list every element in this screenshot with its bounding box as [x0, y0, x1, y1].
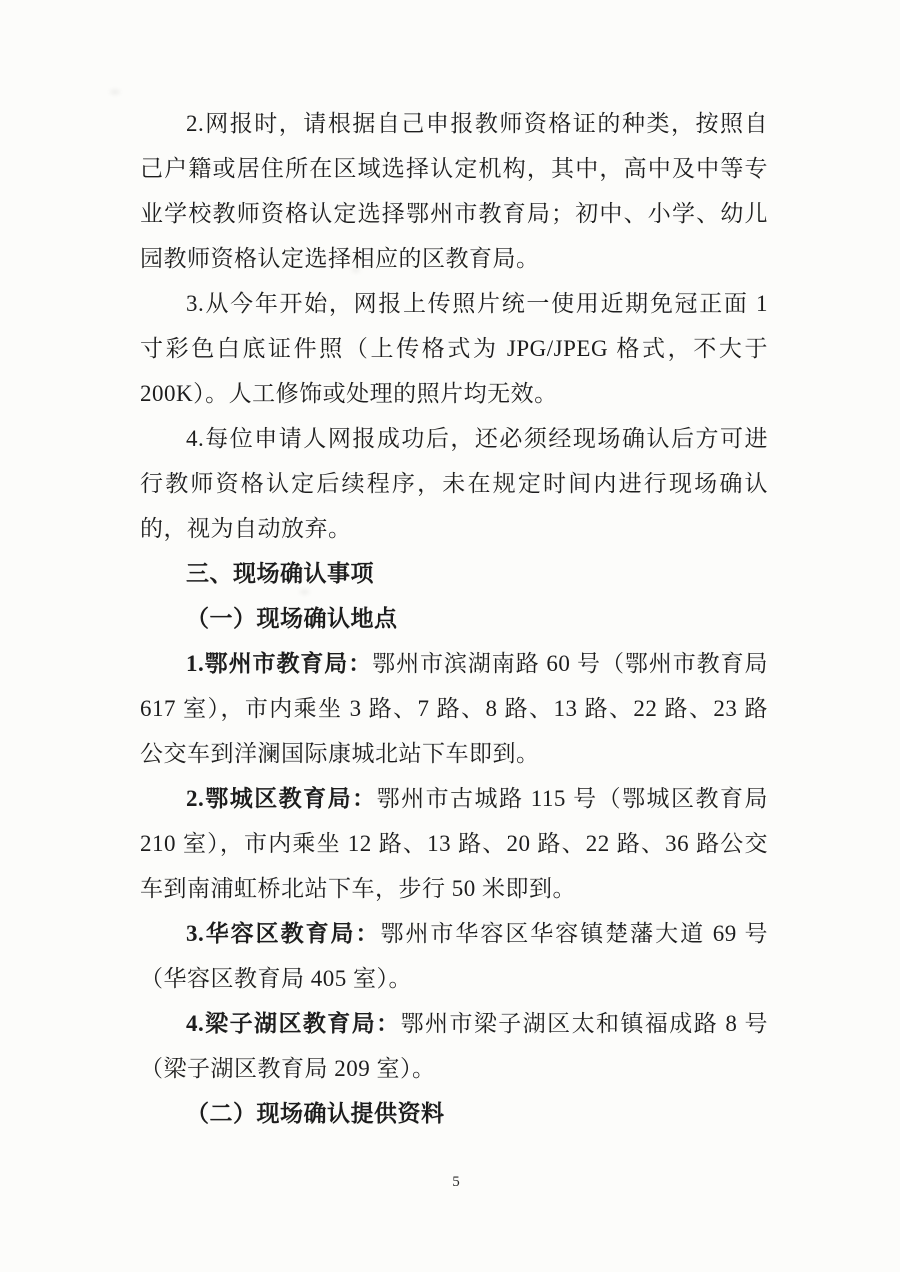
- location-item-huarong-district-bureau: 3.华容区教育局：鄂州市华容区华容镇楚藩大道 69 号（华容区教育局 405 室…: [140, 911, 768, 1001]
- paragraph-online-report-category: 2.网报时，请根据自己申报教师资格证的种类，按照自己户籍或居住所在区域选择认定机…: [140, 101, 768, 281]
- paragraph-onsite-confirmation-required: 4.每位申请人网报成功后，还必须经现场确认后方可进行教师资格认定后续程序，未在规…: [140, 416, 768, 551]
- location-item-echeng-district-bureau-name: 2.鄂城区教育局：: [186, 786, 377, 811]
- location-item-ezhou-city-bureau-name: 1.鄂州市教育局：: [186, 651, 372, 676]
- location-item-huarong-district-bureau-name: 3.华容区教育局：: [186, 921, 381, 946]
- page-number: 5: [0, 1172, 900, 1192]
- scan-smudge: [110, 90, 120, 94]
- document-body: 2.网报时，请根据自己申报教师资格证的种类，按照自己户籍或居住所在区域选择认定机…: [140, 101, 768, 1136]
- location-item-ezhou-city-bureau: 1.鄂州市教育局：鄂州市滨湖南路 60 号（鄂州市教育局 617 室），市内乘坐…: [140, 641, 768, 776]
- scanned-document-page: 2.网报时，请根据自己申报教师资格证的种类，按照自己户籍或居住所在区域选择认定机…: [0, 0, 900, 1272]
- location-item-liangzihu-district-bureau-name: 4.梁子湖区教育局：: [186, 1011, 401, 1036]
- section-heading-onsite-confirmation-matters: 三、现场确认事项: [140, 551, 768, 596]
- subsection-heading-confirmation-locations: （一）现场确认地点: [140, 596, 768, 641]
- paragraph-photo-requirements: 3.从今年开始，网报上传照片统一使用近期免冠正面 1 寸彩色白底证件照（上传格式…: [140, 281, 768, 416]
- location-item-liangzihu-district-bureau: 4.梁子湖区教育局：鄂州市梁子湖区太和镇福成路 8 号（梁子湖区教育局 209 …: [140, 1001, 768, 1091]
- location-item-echeng-district-bureau: 2.鄂城区教育局：鄂州市古城路 115 号（鄂城区教育局 210 室），市内乘坐…: [140, 776, 768, 911]
- subsection-heading-confirmation-materials: （二）现场确认提供资料: [140, 1091, 768, 1136]
